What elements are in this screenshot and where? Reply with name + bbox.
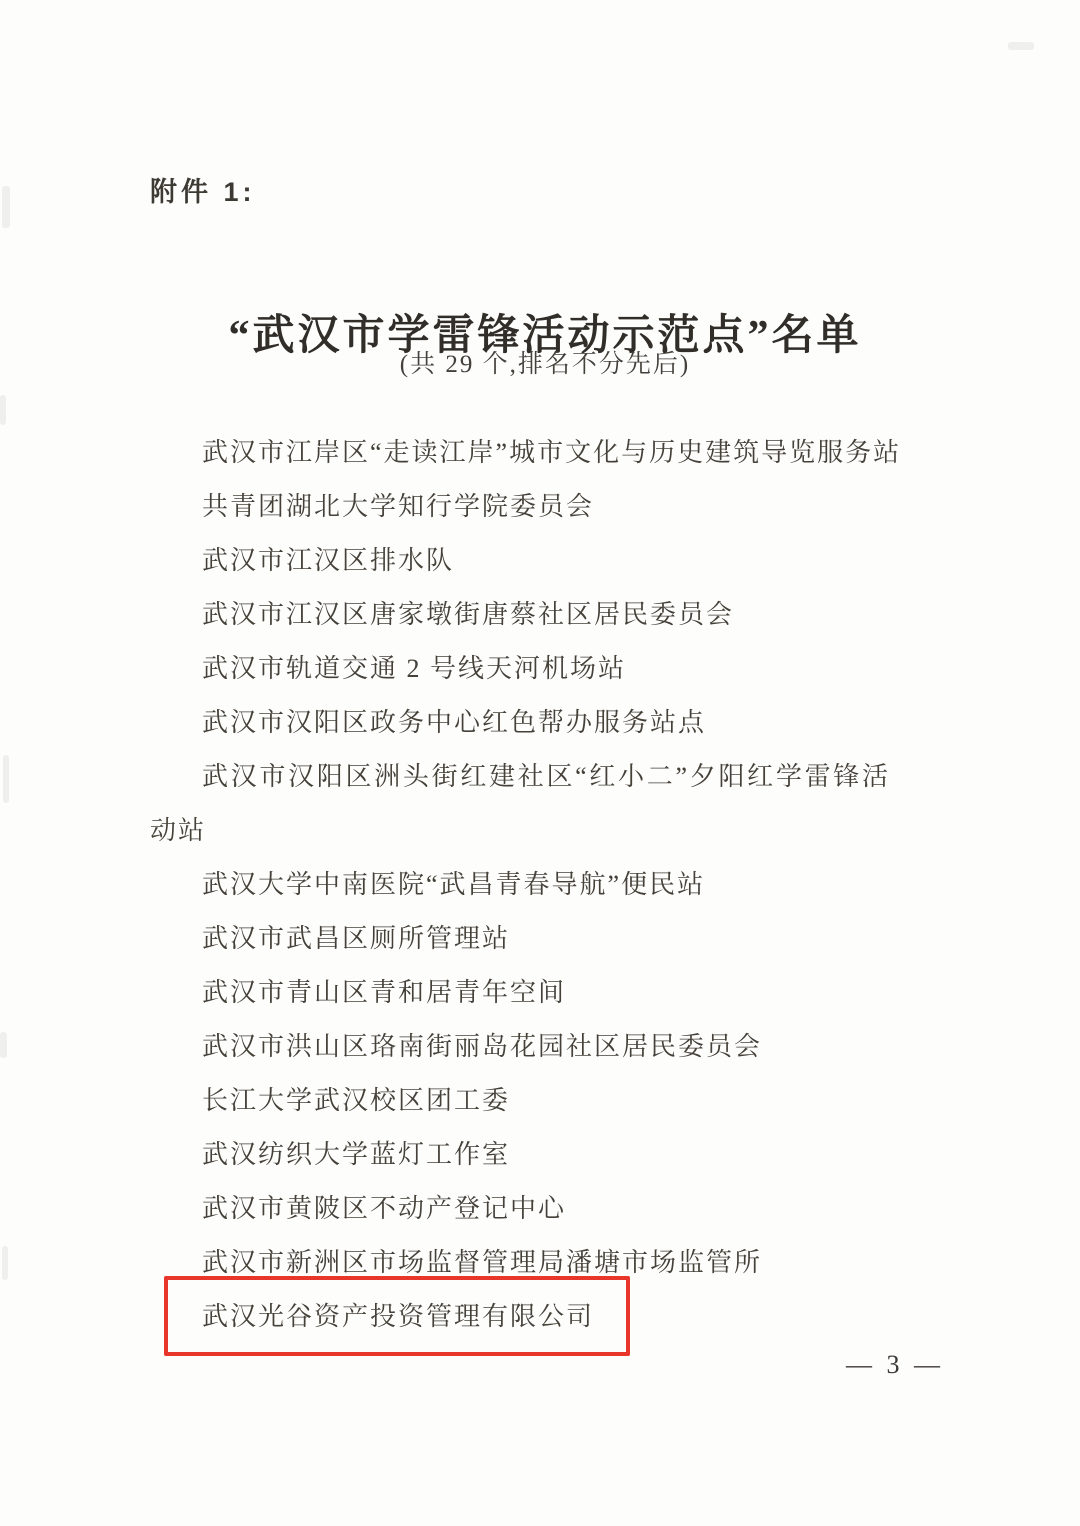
list-item: 武汉市汉阳区洲头街红建社区“红小二”夕阳红学雷锋活动站	[150, 750, 890, 858]
list-item: 武汉市新洲区市场监督管理局潘塘市场监管所	[150, 1236, 890, 1290]
document-subtitle: (共 29 个,排名不分先后)	[0, 344, 1080, 380]
scan-smudge	[3, 755, 9, 803]
page-number: — 3 —	[830, 1350, 960, 1380]
list-item: 武汉市江汉区唐家墩街唐蔡社区居民委员会	[150, 588, 890, 642]
list-item: 武汉市武昌区厕所管理站	[150, 912, 890, 966]
list-item: 共青团湖北大学知行学院委员会	[150, 480, 890, 534]
scan-smudge	[2, 186, 10, 228]
list-item: 武汉纺织大学蓝灯工作室	[150, 1128, 890, 1182]
list-item: 武汉大学中南医院“武昌青春导航”便民站	[150, 858, 890, 912]
list-item: 武汉市黄陂区不动产登记中心	[150, 1182, 890, 1236]
scan-smudge	[1008, 42, 1034, 50]
scanned-document-page: { "document": { "attachment_label": "附件 …	[0, 0, 1080, 1526]
attachment-label: 附件 1:	[150, 170, 256, 209]
list-item: 武汉市轨道交通 2 号线天河机场站	[150, 642, 890, 696]
list-item: 长江大学武汉校区团工委	[150, 1074, 890, 1128]
list-item: 武汉光谷资产投资管理有限公司	[150, 1290, 890, 1344]
list-item: 武汉市江汉区排水队	[150, 534, 890, 588]
list-item: 武汉市青山区青和居青年空间	[150, 966, 890, 1020]
scan-smudge	[2, 1246, 8, 1280]
list-item: 武汉市洪山区珞南街丽岛花园社区居民委员会	[150, 1020, 890, 1074]
scan-smudge	[0, 1032, 7, 1058]
list-item: 武汉市汉阳区政务中心红色帮办服务站点	[150, 696, 890, 750]
list-item: 武汉市江岸区“走读江岸”城市文化与历史建筑导览服务站	[150, 426, 890, 480]
demonstration-site-list: 武汉市江岸区“走读江岸”城市文化与历史建筑导览服务站共青团湖北大学知行学院委员会…	[150, 426, 890, 1344]
scan-smudge	[0, 395, 6, 425]
